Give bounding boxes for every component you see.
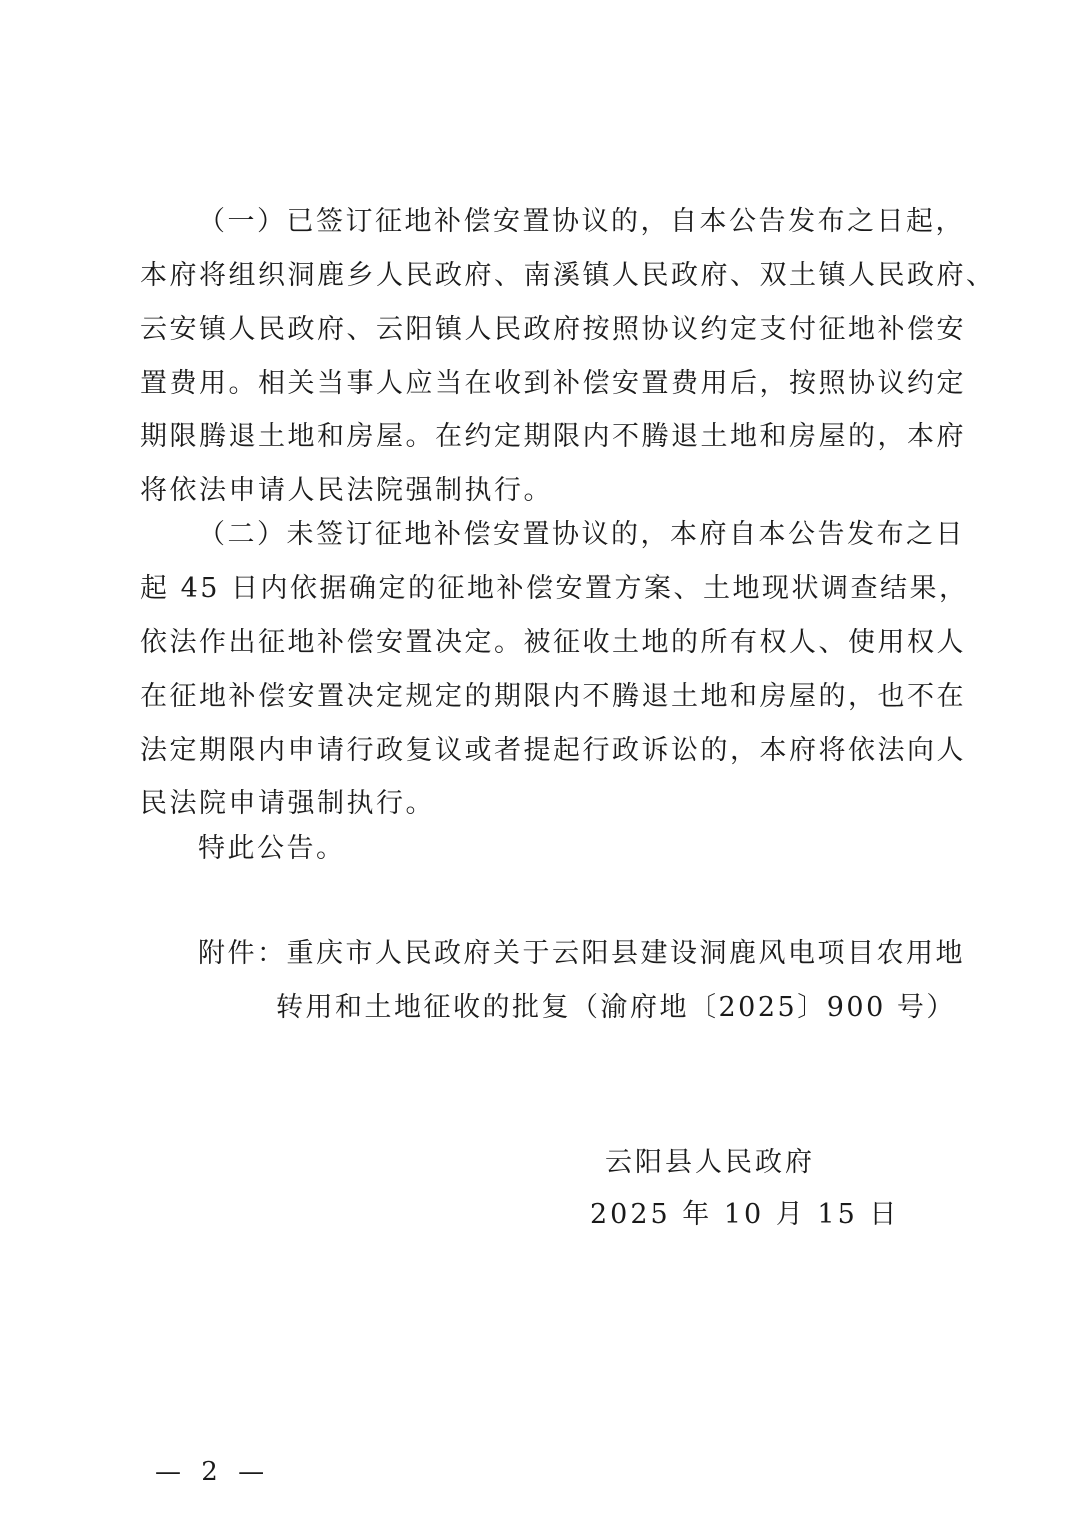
section2-line-6: 民法院申请强制执行。 bbox=[140, 786, 936, 822]
attachment-line-1: 附件：重庆市人民政府关于云阳县建设洞鹿风电项目农用地 bbox=[198, 936, 994, 972]
section1-line-3: 云安镇人民政府、云阳镇人民政府按照协议约定支付征地补偿安 bbox=[140, 312, 936, 348]
section2-line-5: 法定期限内申请行政复议或者提起行政诉讼的，本府将依法向人 bbox=[140, 733, 936, 769]
section2-line-1: （二）未签订征地补偿安置协议的，本府自本公告发布之日 bbox=[198, 517, 994, 553]
issuer-name: 云阳县人民政府 bbox=[605, 1145, 815, 1181]
closing-text: 特此公告。 bbox=[198, 831, 994, 867]
section1-line-2: 本府将组织洞鹿乡人民政府、南溪镇人民政府、双土镇人民政府、 bbox=[140, 258, 936, 294]
page-number: — 2 — bbox=[155, 1456, 270, 1488]
section2-line-4: 在征地补偿安置决定规定的期限内不腾退土地和房屋的，也不在 bbox=[140, 679, 936, 715]
document-page: （一）已签订征地补偿安置协议的，自本公告发布之日起， 本府将组织洞鹿乡人民政府、… bbox=[0, 0, 1074, 1520]
issue-date: 2025 年 10 月 15 日 bbox=[590, 1197, 899, 1233]
section1-line-1: （一）已签订征地补偿安置协议的，自本公告发布之日起， bbox=[198, 204, 994, 240]
section1-line-4: 置费用。相关当事人应当在收到补偿安置费用后，按照协议约定 bbox=[140, 366, 936, 402]
section2-line-3: 依法作出征地补偿安置决定。被征收土地的所有权人、使用权人 bbox=[140, 625, 936, 661]
section1-line-5: 期限腾退土地和房屋。在约定期限内不腾退土地和房屋的，本府 bbox=[140, 419, 936, 455]
attachment-line-2: 转用和土地征收的批复（渝府地〔2025〕900 号） bbox=[276, 990, 1072, 1026]
section2-line-2: 起 45 日内依据确定的征地补偿安置方案、土地现状调查结果， bbox=[140, 571, 936, 607]
section1-line-6: 将依法申请人民法院强制执行。 bbox=[140, 473, 936, 509]
